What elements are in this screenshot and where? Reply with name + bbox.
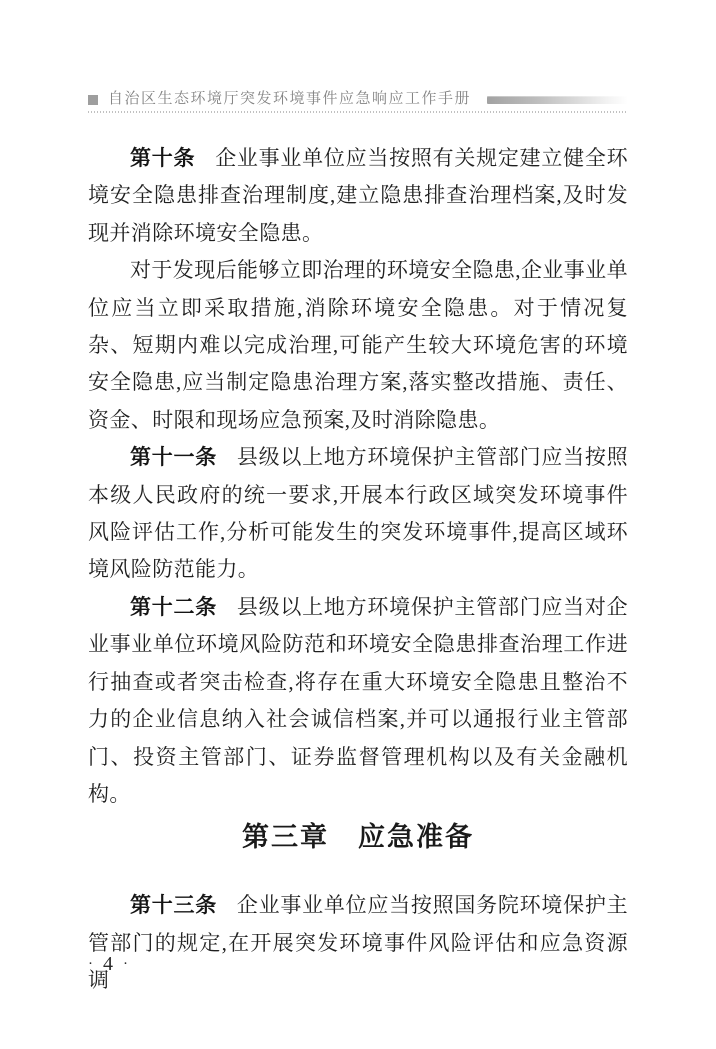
document-page: 自治区生态环境厅突发环境事件应急响应工作手册 第十条企业事业单位应当按照有关规定… [0,0,716,1049]
paragraph-article-10: 第十条企业事业单位应当按照有关规定建立健全环境安全隐患排查治理制度,建立隐患排查… [88,140,628,252]
chapter-heading: 第三章 应急准备 [88,817,628,857]
header-title: 自治区生态环境厅突发环境事件应急响应工作手册 [108,89,471,109]
article-13-label: 第十三条 [130,894,217,917]
paragraph-article-13: 第十三条企业事业单位应当按照国务院环境保护主管部门的规定,在开展突发环境事件风险… [88,887,628,999]
article-10-cont-text: 对于发现后能够立即治理的环境安全隐患,企业事业单位应当立即采取措施,消除环境安全… [88,258,628,432]
paragraph-article-11: 第十一条县级以上地方环境保护主管部门应当按照本级人民政府的统一要求,开展本行政区… [88,439,628,589]
article-12-label: 第十二条 [130,596,217,619]
paragraph-article-12: 第十二条县级以上地方环境保护主管部门应当对企业事业单位环境风险防范和环境安全隐患… [88,589,628,813]
article-10-label: 第十条 [130,147,195,170]
paragraph-article-10-cont: 对于发现后能够立即治理的环境安全隐患,企业事业单位应当立即采取措施,消除环境安全… [88,252,628,439]
document-body: 第十条企业事业单位应当按照有关规定建立健全环境安全隐患排查治理制度,建立隐患排查… [88,140,628,1000]
header-dotted-rule [88,111,628,113]
page-header: 自治区生态环境厅突发环境事件应急响应工作手册 [88,89,628,109]
page-footer: · 4 · [88,952,128,976]
header-gradient-bar-decoration [487,96,628,104]
article-11-label: 第十一条 [130,446,217,469]
square-bullet-icon [88,95,98,105]
folio-left-dot: · [88,952,93,976]
page-number: 4 [103,952,113,976]
article-12-text: 县级以上地方环境保护主管部门应当对企业事业单位环境风险防范和环境安全隐患排查治理… [88,595,628,806]
folio-right-dot: · [123,952,128,976]
